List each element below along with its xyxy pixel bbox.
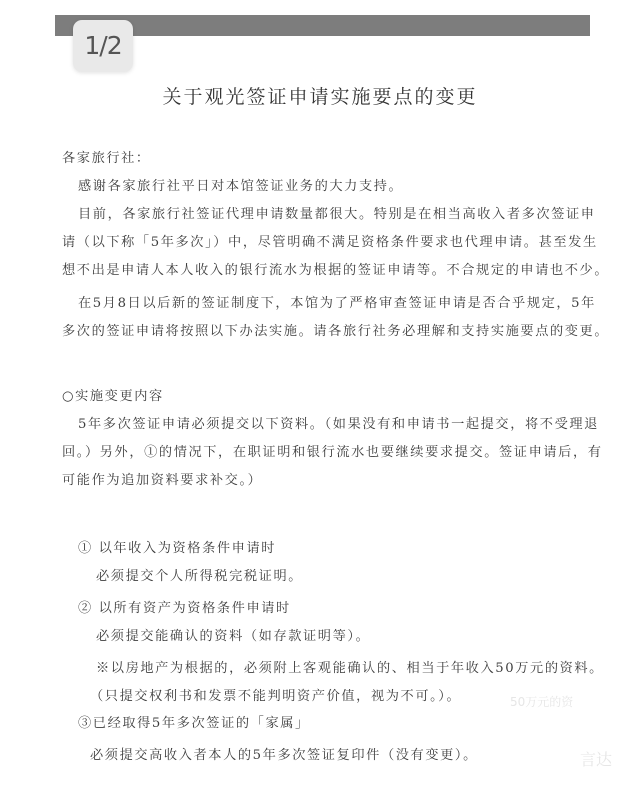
paragraph-line: 想不出是申请人本人收入的银行流水为根据的签证申请等。不合规定的申请也不少。 xyxy=(62,259,609,278)
salutation: 各家旅行社： xyxy=(62,147,151,166)
item-2-note: （只提交权利书和发票不能判明资产价值，视为不可。）。 xyxy=(90,685,461,704)
item-2-line: 必须提交能确认的资料（如存款证明等）。 xyxy=(96,625,370,644)
paragraph-line: 在5月8日以后新的签证制度下，本馆为了严格审查签证申请是否合乎规定，5年 xyxy=(78,292,596,311)
watermark-logo-text: 言达 xyxy=(580,747,612,770)
section-line: 可能作为追加资料要求补交。） xyxy=(62,469,262,488)
item-2-heading: ② 以所有资产为资格条件申请时 xyxy=(78,597,291,616)
section-line: 回。）另外，①的情况下，在职证明和银行流水也要继续要求提交。签证申请后，有 xyxy=(62,441,603,460)
paragraph-line: 目前，各家旅行社签证代理申请数量都很大。特别是在相当高收入者多次签证申 xyxy=(78,203,596,222)
item-1-line: 必须提交个人所得税完税证明。 xyxy=(96,565,303,584)
paragraph-line: 请（以下称「5年多次」）中，尽管明确不满足资格条件要求也代理申请。甚至发生 xyxy=(62,231,598,250)
paragraph-line: 多次的签证申请将按照以下办法实施。请各旅行社务必理解和支持实施要点的变更。 xyxy=(62,320,609,339)
watermark-faint-text: 50万元的资 xyxy=(510,693,573,710)
paragraph-line: 感谢各家旅行社平日对本馆签证业务的大力支持。 xyxy=(78,175,403,194)
item-2-note: ※以房地产为根据的，必须附上客观能确认的、相当于年收入50万元的资料。 xyxy=(96,657,604,676)
item-3-heading: ③已经取得5年多次签证的「家属」 xyxy=(78,712,310,731)
top-gray-bar xyxy=(55,15,590,36)
section-line: 5年多次签证申请必须提交以下资料。（如果没有和申请书一起提交，将不受理退 xyxy=(78,413,599,432)
item-3-line: 必须提交高收入者本人的5年多次签证复印件（没有变更）。 xyxy=(90,744,478,763)
section-header: ○实施变更内容 xyxy=(62,385,164,404)
item-1-heading: ① 以年收入为资格条件申请时 xyxy=(78,537,276,556)
document-title: 关于观光签证申请实施要点的变更 xyxy=(0,82,640,109)
page-indicator-badge: 1/2 xyxy=(73,20,133,72)
